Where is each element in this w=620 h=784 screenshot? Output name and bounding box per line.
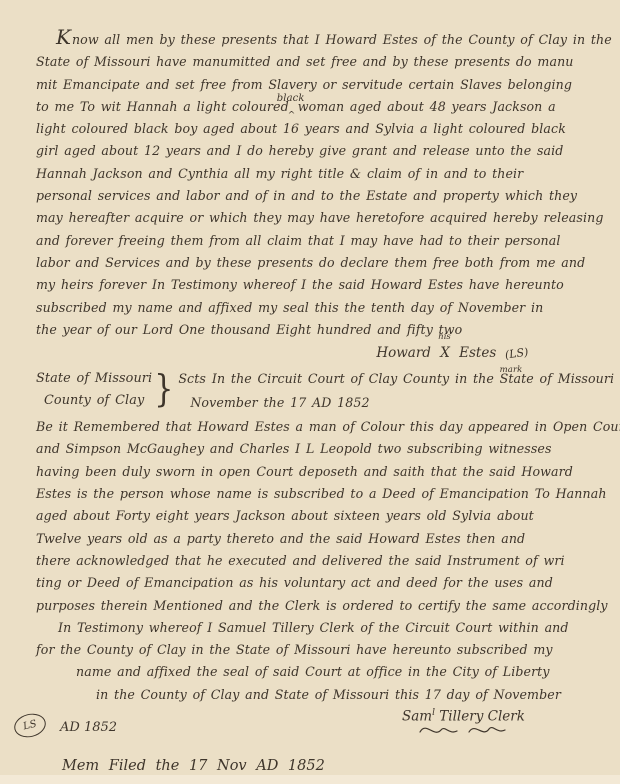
his-label: his	[438, 333, 451, 341]
filing-memo: Mem Filed the 17 Nov AD 1852	[62, 758, 325, 774]
interlinear-insertion: black^	[289, 110, 298, 111]
deed-line: labor and Services and by these presents…	[36, 252, 592, 274]
court-date-line: November the 17 AD 1852	[190, 392, 614, 414]
deed-line-with-insertion: to me To wit Hannah a light colouredblac…	[36, 96, 592, 118]
county-line: County of Clay	[44, 390, 152, 412]
deed-line: and forever freeing them from all claim …	[36, 230, 592, 252]
testimony-line: In Testimony whereof I Samuel Tillery Cl…	[36, 617, 592, 639]
record-line: there acknowledged that he executed and …	[36, 550, 592, 572]
deed-paragraph: Know all men by these presents that I Ho…	[36, 26, 592, 341]
record-line: having been duly sworn in open Court dep…	[36, 461, 592, 483]
signature-last-name: Estes	[459, 345, 496, 361]
deed-line: light coloured black boy aged about 16 y…	[36, 118, 592, 140]
venue-block: State of Missouri County of Clay	[36, 368, 152, 413]
deed-line: personal services and labor and of in an…	[36, 185, 592, 207]
deed-line: my heirs forever In Testimony whereof I …	[36, 274, 592, 296]
scilicet-abbrev: Scts	[178, 371, 206, 386]
record-line: aged about Forty eight years Jackson abo…	[36, 505, 592, 527]
clerk-name-part: Sam	[402, 709, 432, 725]
record-line: purposes therein Mentioned and the Clerk…	[36, 595, 592, 617]
estes-signature: Howard hisX Estes (LS)	[376, 342, 528, 366]
clerk-signature-name: Saml Tillery Clerk	[402, 708, 525, 725]
clerk-signature: Saml Tillery Clerk	[402, 708, 525, 737]
seal-ls-text: LS	[22, 719, 38, 733]
x-mark: hisX	[435, 342, 455, 364]
insertion-caret: ^	[288, 112, 296, 121]
deed-line: girl aged about 12 years and I do hereby…	[36, 140, 592, 162]
signature-flourish-icon	[417, 723, 509, 737]
record-line: ting or Deed of Emancipation as his volu…	[36, 572, 592, 594]
manumission-document-scan: Know all men by these presents that I Ho…	[0, 0, 620, 784]
deed-line: Hannah Jackson and Cynthia all my right …	[36, 163, 592, 185]
deed-line: the year of our Lord One thousand Eight …	[36, 319, 592, 341]
closing-cluster: LS AD 1852 Saml Tillery Clerk Mem Filed …	[36, 706, 592, 784]
deed-line-text: to me To wit Hannah a light coloured	[36, 99, 289, 114]
deed-line: may hereafter acquire or which they may …	[36, 207, 592, 229]
deed-line: State of Missouri have manumitted and se…	[36, 51, 592, 73]
brace-glyph: }	[154, 363, 173, 418]
court-line: SctsIn the Circuit Court of Clay County …	[178, 368, 614, 392]
ad-year-line: AD 1852	[60, 720, 117, 735]
record-line: and Simpson McGaughey and Charles I L Le…	[36, 438, 592, 460]
state-line: State of Missouri	[36, 368, 152, 390]
deed-line: subscribed my name and affixed my seal t…	[36, 297, 592, 319]
court-line-text: In the Circuit Court of Clay County in t…	[212, 371, 494, 386]
clerk-testimony-paragraph: In Testimony whereof I Samuel Tillery Cl…	[36, 617, 592, 706]
record-line: Twelve years old as a party thereto and …	[36, 528, 592, 550]
court-heading: State of Missouri County of Clay } SctsI…	[36, 368, 592, 416]
seal-ls-circled: LS	[12, 710, 49, 740]
deed-line-text: woman aged about 48 years Jackson a	[298, 99, 556, 114]
deed-line: mit Emancipate and set free from Slavery…	[36, 74, 592, 96]
deed-line: Know all men by these presents that I Ho…	[36, 26, 592, 51]
signature-first-name: Howard	[376, 345, 431, 361]
testimony-line: for the County of Clay in the State of M…	[36, 639, 592, 661]
testimony-line: in the County of Clay and State of Misso…	[36, 684, 592, 706]
record-line: Be it Remembered that Howard Estes a man…	[36, 416, 592, 438]
record-line: Estes is the person whose name is subscr…	[36, 483, 592, 505]
testimony-line: name and affixed the seal of said Court …	[36, 661, 592, 683]
court-record-paragraph: Be it Remembered that Howard Estes a man…	[36, 416, 592, 617]
clerk-name-part: Tillery Clerk	[435, 709, 525, 725]
x-mark-glyph: X	[440, 345, 450, 361]
seal-ls-inline: (LS)	[503, 342, 529, 367]
inserted-word: black	[277, 94, 305, 104]
document-text-column: Know all men by these presents that I Ho…	[36, 26, 592, 784]
court-block: SctsIn the Circuit Court of Clay County …	[178, 368, 614, 415]
